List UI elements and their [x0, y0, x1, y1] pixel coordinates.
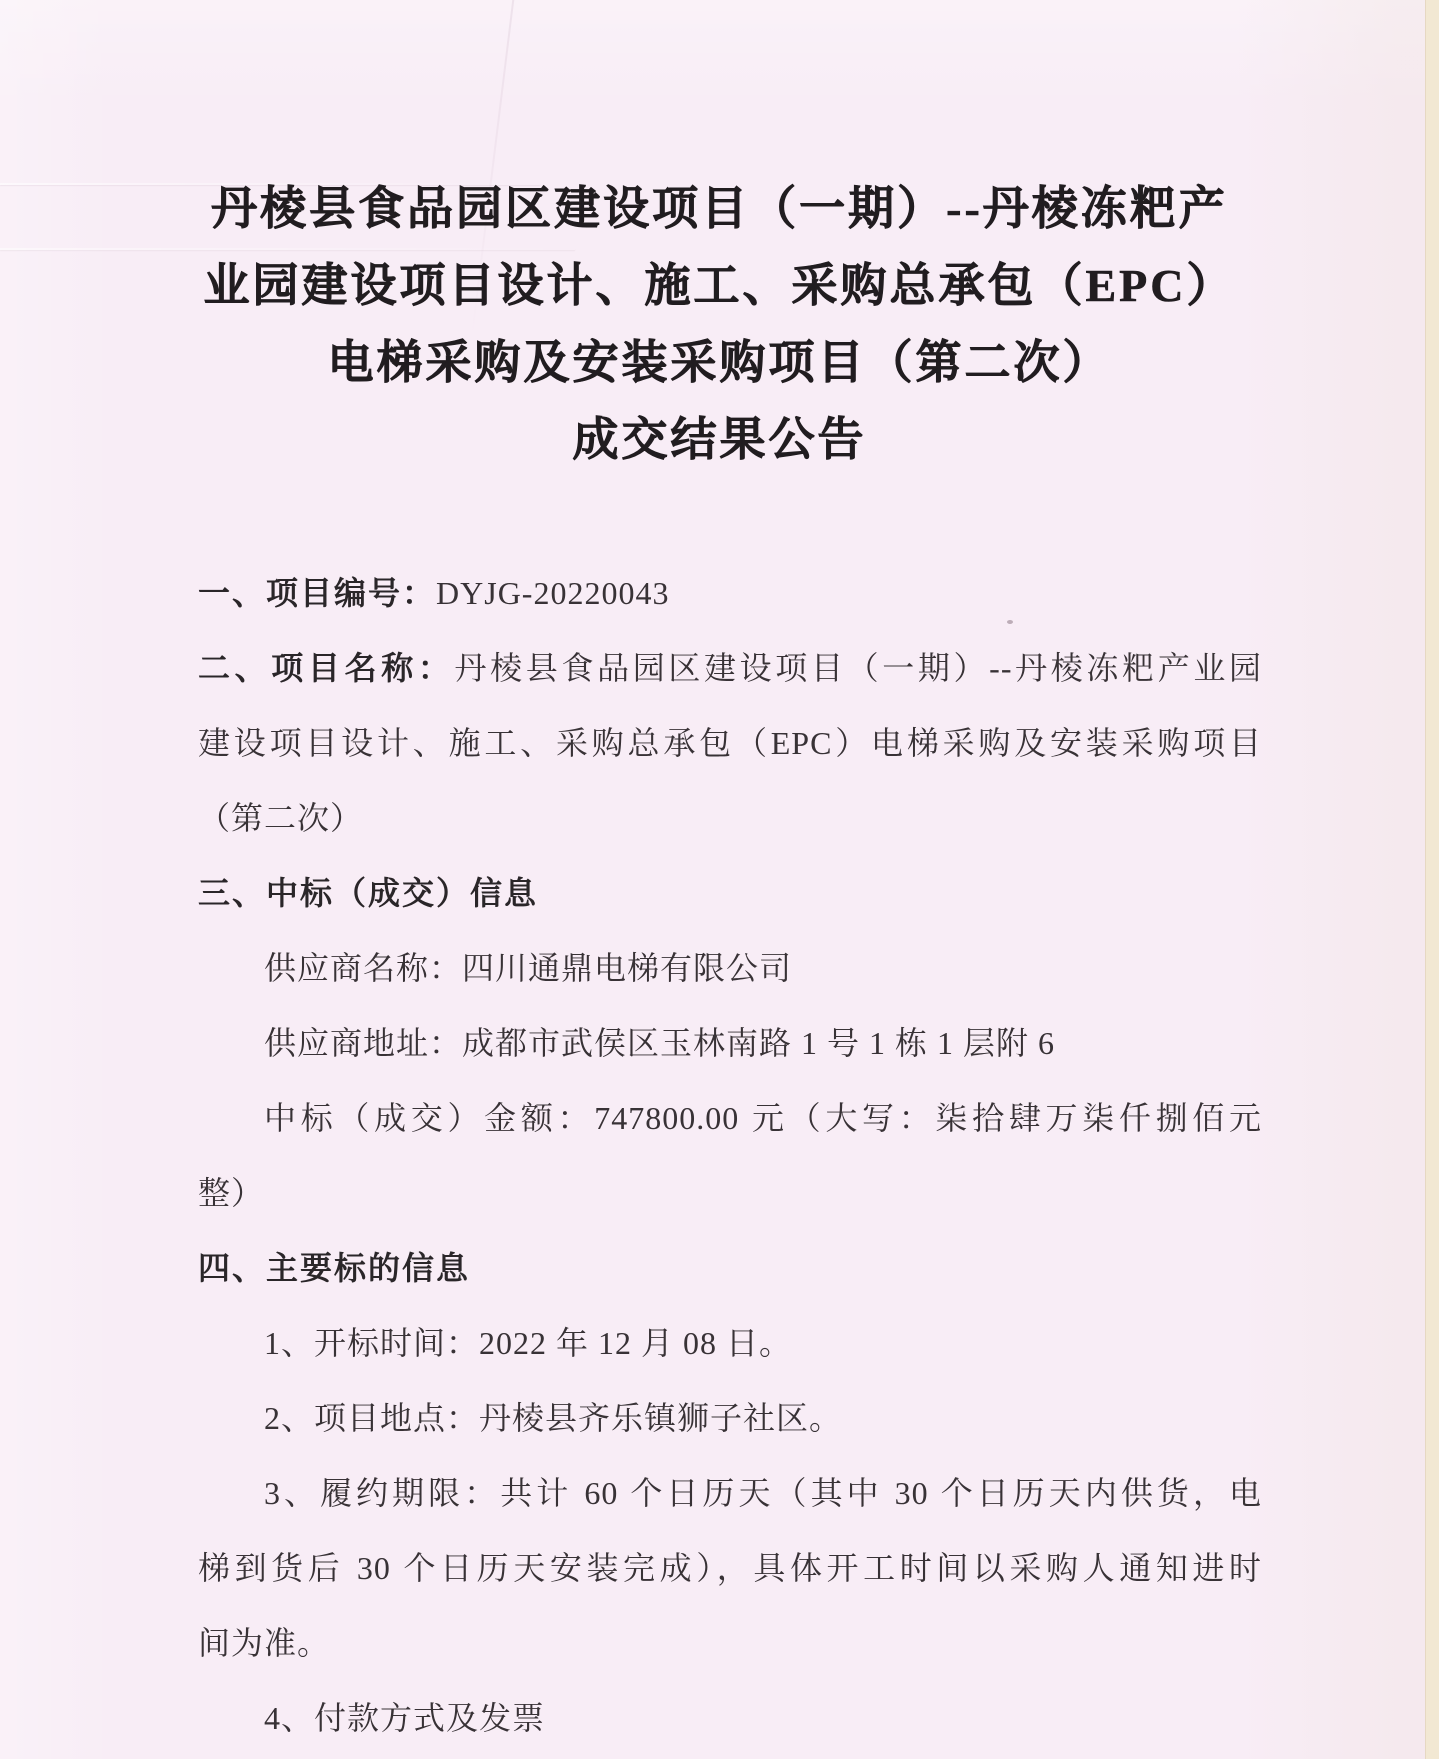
subject-info-heading: 四、主要标的信息 — [198, 1231, 1262, 1306]
payment-method-line: 4、付款方式及发票 — [198, 1681, 1262, 1756]
project-number-line: 一、项目编号：DYJG-20220043 — [198, 556, 1262, 631]
project-name-label: 二、项目名称： — [198, 650, 455, 686]
award-amount-line-2: 整） — [198, 1156, 1262, 1231]
project-name-line-1: 二、项目名称：丹棱县食品园区建设项目（一期）--丹棱冻粑产业园 — [198, 631, 1262, 706]
award-info-heading: 三、中标（成交）信息 — [198, 856, 1262, 931]
project-number-value: DYJG-20220043 — [436, 575, 669, 611]
title-line-4: 成交结果公告 — [0, 401, 1439, 478]
project-number-label: 一、项目编号： — [198, 575, 436, 611]
title-line-1: 丹棱县食品园区建设项目（一期）--丹棱冻粑产 — [0, 170, 1439, 247]
document-body: 一、项目编号：DYJG-20220043 二、项目名称：丹棱县食品园区建设项目（… — [198, 556, 1262, 1756]
performance-period-line-3: 间为准。 — [198, 1606, 1262, 1681]
bid-opening-time-line: 1、开标时间：2022 年 12 月 08 日。 — [198, 1306, 1262, 1381]
document-page: 丹棱县食品园区建设项目（一期）--丹棱冻粑产 业园建设项目设计、施工、采购总承包… — [0, 0, 1439, 1759]
performance-period-line-2: 梯到货后 30 个日历天安装完成），具体开工时间以采购人通知进时 — [198, 1531, 1262, 1606]
title-line-3: 电梯采购及安装采购项目（第二次） — [0, 324, 1439, 401]
project-name-line-3: （第二次） — [198, 781, 1262, 856]
award-amount-line-1: 中标（成交）金额：747800.00 元（大写：柒拾肆万柒仟捌佰元 — [198, 1081, 1262, 1156]
supplier-name-line: 供应商名称：四川通鼎电梯有限公司 — [198, 931, 1262, 1006]
document-title: 丹棱县食品园区建设项目（一期）--丹棱冻粑产 业园建设项目设计、施工、采购总承包… — [0, 170, 1439, 478]
title-line-2: 业园建设项目设计、施工、采购总承包（EPC） — [0, 247, 1439, 324]
project-name-line-2: 建设项目设计、施工、采购总承包（EPC）电梯采购及安装采购项目 — [198, 706, 1262, 781]
performance-period-line-1: 3、履约期限：共计 60 个日历天（其中 30 个日历天内供货，电 — [198, 1456, 1262, 1531]
project-name-value: 丹棱县食品园区建设项目（一期）--丹棱冻粑产业园 — [455, 650, 1262, 686]
supplier-address-line: 供应商地址：成都市武侯区玉林南路 1 号 1 栋 1 层附 6 — [198, 1006, 1262, 1081]
scan-right-edge — [1425, 0, 1439, 1759]
project-location-line: 2、项目地点：丹棱县齐乐镇狮子社区。 — [198, 1381, 1262, 1456]
